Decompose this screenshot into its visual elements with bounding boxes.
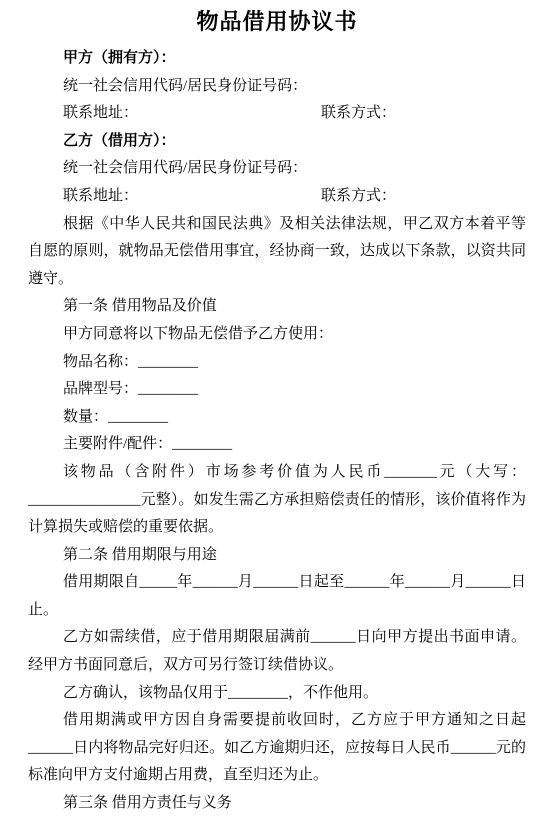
document-page: 物品借用协议书 甲方（拥有方）： 统一社会信用代码/居民身份证号码： 联系地址：… [0,0,554,828]
party-a-contact-line: 联系地址： 联系方式： [28,100,526,128]
party-b-contact-line: 联系地址： 联系方式： [28,183,526,211]
article2-renewal-clause: 乙方如需续借，应于借用期限届满前______日向甲方提出书面申请。经甲方书面同意… [28,624,526,679]
party-a-block: 甲方（拥有方）： 统一社会信用代码/居民身份证号码： 联系地址： 联系方式： [28,45,526,128]
article2-heading: 第二条 借用期限与用途 [28,542,526,570]
item-model-line: 品牌型号：________ [28,376,526,404]
article2-return-clause: 借用期满或甲方因自身需要提前收回时，乙方应于甲方通知之日起______日内将物品… [28,707,526,790]
article1-value-clause: 该物品（含附件）市场参考价值为人民币_______元（大写：__________… [28,459,526,542]
item-quantity-line: 数量：________ [28,404,526,432]
preamble-paragraph: 根据《中华人民共和国民法典》及相关法律法规，甲乙双方本着平等自愿的原则，就物品无… [28,211,526,294]
item-accessories-line: 主要附件/配件：________ [28,431,526,459]
party-a-contact-label: 联系方式： [321,100,396,128]
item-name-line: 物品名称：________ [28,349,526,377]
party-b-address-label: 联系地址： [63,188,138,204]
article1-intro: 甲方同意将以下物品无偿借予乙方使用： [28,321,526,349]
party-b-heading: 乙方（借用方）： [28,128,526,156]
article3-heading: 第三条 借用方责任与义务 [28,790,526,818]
article1-heading: 第一条 借用物品及价值 [28,293,526,321]
party-b-block: 乙方（借用方）： 统一社会信用代码/居民身份证号码： 联系地址： 联系方式： [28,128,526,211]
party-b-id-line: 统一社会信用代码/居民身份证号码： [28,155,526,183]
party-a-heading: 甲方（拥有方）： [28,45,526,73]
agreement-body: 根据《中华人民共和国民法典》及相关法律法规，甲乙双方本着平等自愿的原则，就物品无… [28,211,526,818]
document-title: 物品借用协议书 [28,6,526,38]
article2-usage-clause: 乙方确认，该物品仅用于________，不作他用。 [28,680,526,708]
party-a-id-line: 统一社会信用代码/居民身份证号码： [28,73,526,101]
party-a-address-label: 联系地址： [63,105,138,121]
party-b-contact-label: 联系方式： [321,183,396,211]
article2-term-clause: 借用期限自_____年______月______日起至______年______… [28,569,526,624]
